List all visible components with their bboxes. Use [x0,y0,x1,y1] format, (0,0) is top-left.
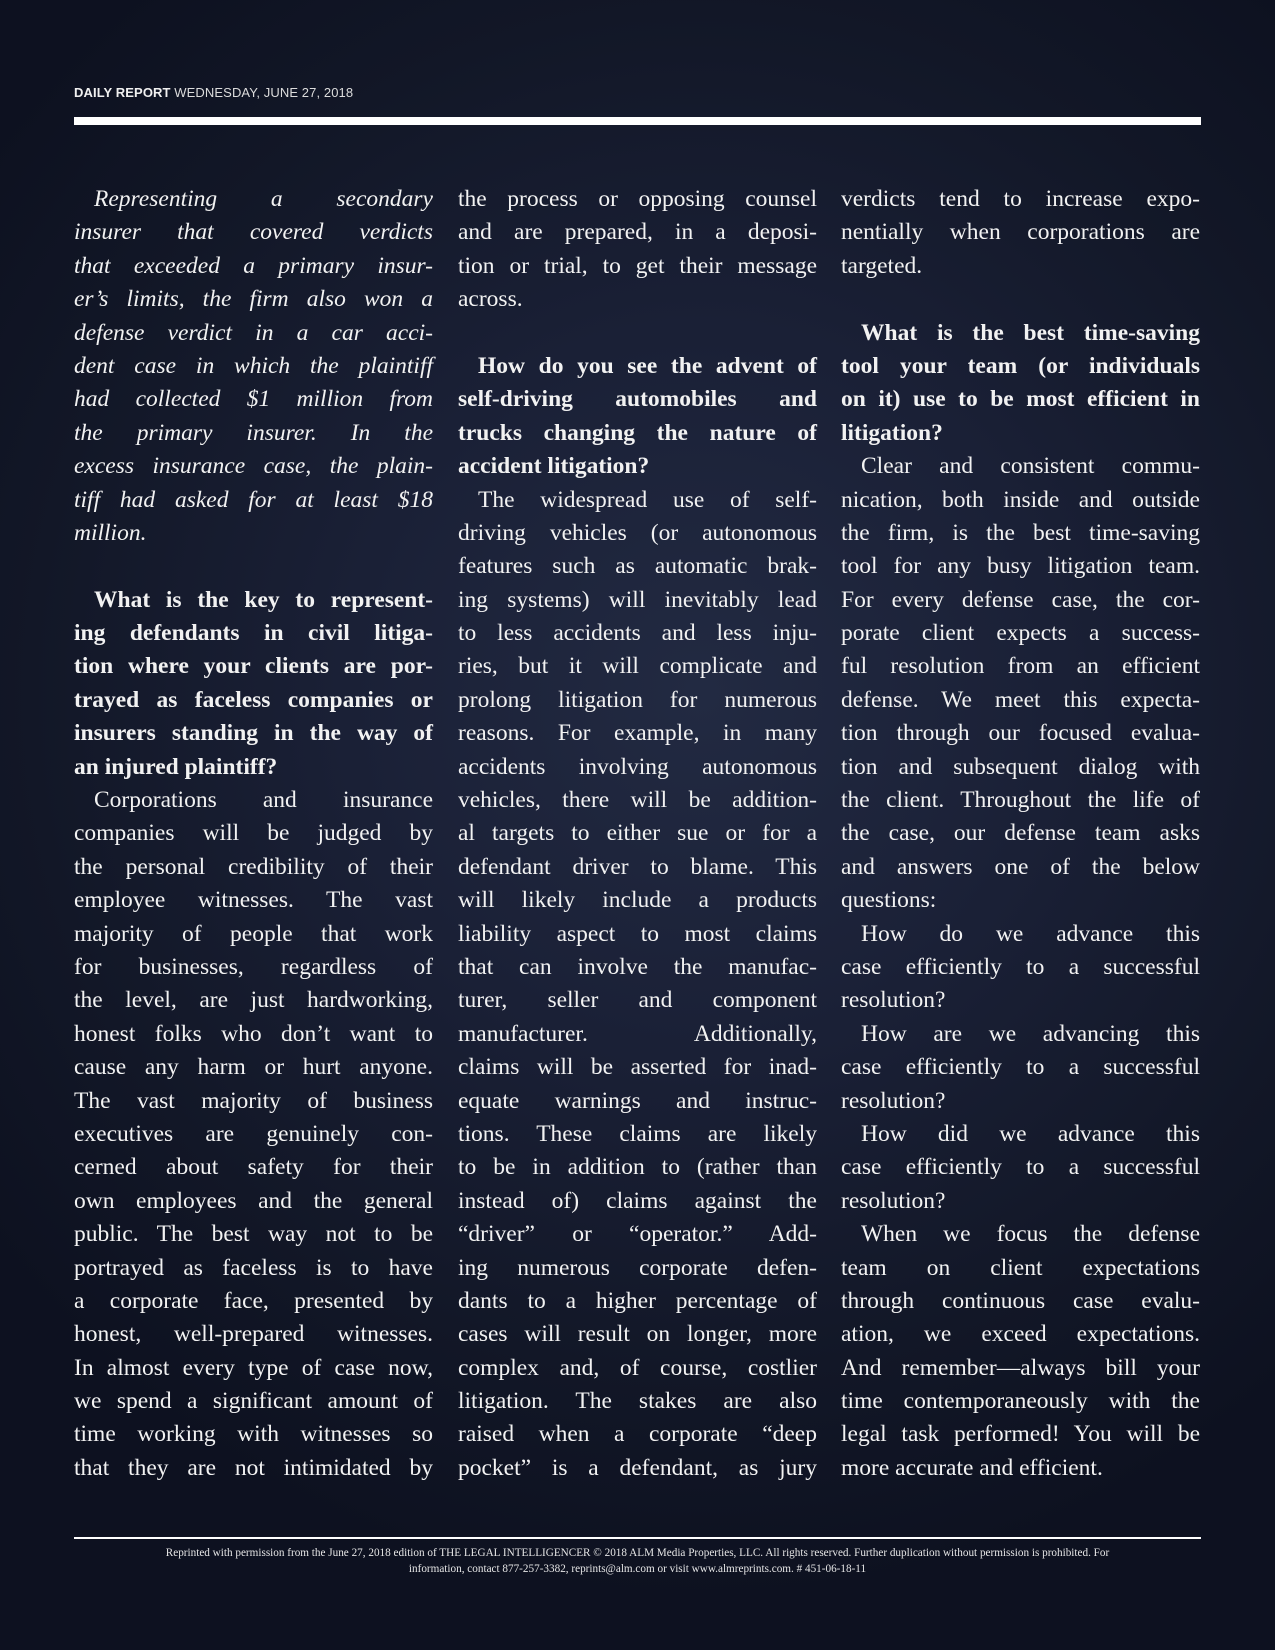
body-text-line: driving vehicles (or autonomous [458,517,817,550]
publication-date: WEDNESDAY, JUNE 27, 2018 [174,85,353,100]
body-text-line: ful resolution from an efficient [841,650,1200,683]
body-text-line: employee witnesses. The vast [74,884,433,917]
body-text-line: honest, well-prepared witnesses. [74,1318,433,1351]
question-heading-line: on it) use to be most efficient in [841,383,1200,416]
body-text-line: The widespread use of self- [458,484,817,517]
question-heading-line: trucks changing the nature of [458,417,817,450]
italic-text-line: million. [74,517,433,550]
body-text-line: How do we advance this [841,918,1200,951]
body-text-line: prolong litigation for numerous [458,684,817,717]
body-text-line: the level, are just hardworking, [74,984,433,1017]
body-text-line: liability aspect to most claims [458,918,817,951]
body-text-line: The vast majority of business [74,1085,433,1118]
body-text-line: litigation. The stakes are also [458,1385,817,1418]
paragraph-gap [74,550,433,583]
body-text-line: nication, both inside and outside [841,484,1200,517]
italic-text-line: insurer that covered verdicts [74,216,433,249]
question-heading-line: tool your team (or individuals [841,350,1200,383]
body-text-line: defense. We meet this expecta- [841,684,1200,717]
body-text-line: honest folks who don’t want to [74,1018,433,1051]
italic-text-line: excess insurance case, the plain- [74,450,433,483]
italic-text-line: tiff had asked for at least $18 [74,484,433,517]
publication-name: DAILY REPORT [74,85,171,100]
body-text-line: time contemporaneously with the [841,1385,1200,1418]
body-text-line: For every defense case, the cor- [841,584,1200,617]
paragraph-gap [458,317,817,350]
body-text-line: dants to a higher percentage of [458,1285,817,1318]
italic-text-line: that exceeded a primary insur- [74,250,433,283]
body-text-line: manufacturer. Additionally, [458,1018,817,1051]
body-text-line: cerned about safety for their [74,1151,433,1184]
page-header: DAILY REPORT WEDNESDAY, JUNE 27, 2018 [74,85,353,100]
question-heading-line: What is the best time-saving [841,317,1200,350]
paragraph-gap [841,283,1200,316]
body-text-line: defendant driver to blame. This [458,851,817,884]
body-text-line: resolution? [841,1085,1200,1118]
body-text-line: How are we advancing this [841,1018,1200,1051]
question-heading-line: ing defendants in civil litiga- [74,617,433,650]
body-text-line: the client. Throughout the life of [841,784,1200,817]
body-text-line: reasons. For example, in many [458,717,817,750]
body-text-line: resolution? [841,1185,1200,1218]
body-text-line: and are prepared, in a deposi- [458,216,817,249]
body-text-line: own employees and the general [74,1185,433,1218]
article-column-2: the process or opposing counseland are p… [458,183,817,1485]
question-heading-line: insurers standing in the way of [74,717,433,750]
question-heading-line: tion where your clients are por- [74,650,433,683]
body-text-line: Corporations and insurance [74,784,433,817]
body-text-line: executives are genuinely con- [74,1118,433,1151]
body-text-line: for businesses, regardless of [74,951,433,984]
body-text-line: that they are not intimidated by [74,1452,433,1485]
body-text-line: across. [458,283,817,316]
body-text-line: targeted. [841,250,1200,283]
body-text-line: Clear and consistent commu- [841,450,1200,483]
body-text-line: tool for any busy litigation team. [841,550,1200,583]
question-heading-line: self-driving automobiles and [458,383,817,416]
body-text-line: ries, but it will complicate and [458,650,817,683]
body-text-line: tion or trial, to get their message [458,250,817,283]
body-text-line: features such as automatic brak- [458,550,817,583]
body-text-line: nentially when corporations are [841,216,1200,249]
question-heading-line: How do you see the advent of [458,350,817,383]
body-text-line: porate client expects a success- [841,617,1200,650]
body-text-line: In almost every type of case now, [74,1352,433,1385]
body-text-line: team on client expectations [841,1252,1200,1285]
body-text-line: through continuous case evalu- [841,1285,1200,1318]
body-text-line: And remember—always bill your [841,1352,1200,1385]
body-text-line: and answers one of the below [841,851,1200,884]
body-text-line: the firm, is the best time-saving [841,517,1200,550]
body-text-line: will likely include a products [458,884,817,917]
body-text-line: the case, our defense team asks [841,817,1200,850]
body-text-line: tion through our focused evalua- [841,717,1200,750]
reprint-notice-line-1: Reprinted with permission from the June … [66,1545,1209,1561]
body-text-line: cases will result on longer, more [458,1318,817,1351]
body-text-line: turer, seller and component [458,984,817,1017]
reprint-notice-line-2: information, contact 877-257-3382, repri… [66,1561,1209,1577]
body-text-line: How did we advance this [841,1118,1200,1151]
question-heading-line: trayed as faceless companies or [74,684,433,717]
body-text-line: “driver” or “operator.” Add- [458,1218,817,1251]
body-text-line: raised when a corporate “deep [458,1418,817,1451]
body-text-line: majority of people that work [74,918,433,951]
question-heading-line: accident litigation? [458,450,817,483]
body-text-line: the personal credibility of their [74,851,433,884]
body-text-line: tion and subsequent dialog with [841,751,1200,784]
body-text-line: that can involve the manufac- [458,951,817,984]
body-text-line: case efficiently to a successful [841,951,1200,984]
body-text-line: pocket” is a defendant, as jury [458,1452,817,1485]
body-text-line: portrayed as faceless is to have [74,1252,433,1285]
body-text-line: case efficiently to a successful [841,1051,1200,1084]
italic-text-line: dent case in which the plaintiff [74,350,433,383]
question-heading-line: an injured plaintiff? [74,751,433,784]
article-column-3: verdicts tend to increase expo-nentially… [841,183,1200,1485]
reprint-notice: Reprinted with permission from the June … [66,1545,1209,1577]
header-divider [74,117,1201,125]
italic-text-line: defense verdict in a car acci- [74,317,433,350]
question-heading-line: litigation? [841,417,1200,450]
body-text-line: verdicts tend to increase expo- [841,183,1200,216]
body-text-line: the process or opposing counsel [458,183,817,216]
body-text-line: cause any harm or hurt anyone. [74,1051,433,1084]
body-text-line: tions. These claims are likely [458,1118,817,1151]
body-text-line: accidents involving autonomous [458,751,817,784]
body-text-line: al targets to either sue or for a [458,817,817,850]
body-text-line: to less accidents and less inju- [458,617,817,650]
body-text-line: ing numerous corporate defen- [458,1252,817,1285]
body-text-line: companies will be judged by [74,817,433,850]
body-text-line: vehicles, there will be addition- [458,784,817,817]
body-text-line: case efficiently to a successful [841,1151,1200,1184]
body-text-line: time working with witnesses so [74,1418,433,1451]
question-heading-line: What is the key to represent- [74,584,433,617]
body-text-line: questions: [841,884,1200,917]
footer-divider [74,1537,1201,1539]
body-text-line: claims will be asserted for inad- [458,1051,817,1084]
italic-text-line: er’s limits, the firm also won a [74,283,433,316]
body-text-line: public. The best way not to be [74,1218,433,1251]
body-text-line: to be in addition to (rather than [458,1151,817,1184]
body-text-line: a corporate face, presented by [74,1285,433,1318]
article-column-1: Representing a secondaryinsurer that cov… [74,183,433,1485]
italic-text-line: had collected $1 million from [74,383,433,416]
body-text-line: instead of) claims against the [458,1185,817,1218]
body-text-line: we spend a significant amount of [74,1385,433,1418]
body-text-line: legal task performed! You will be [841,1418,1200,1451]
italic-text-line: Representing a secondary [74,183,433,216]
body-text-line: ing systems) will inevitably lead [458,584,817,617]
body-text-line: resolution? [841,984,1200,1017]
body-text-line: equate warnings and instruc- [458,1085,817,1118]
body-text-line: complex and, of course, costlier [458,1352,817,1385]
body-text-line: When we focus the defense [841,1218,1200,1251]
body-text-line: more accurate and efficient. [841,1452,1200,1485]
italic-text-line: the primary insurer. In the [74,417,433,450]
body-text-line: ation, we exceed expectations. [841,1318,1200,1351]
